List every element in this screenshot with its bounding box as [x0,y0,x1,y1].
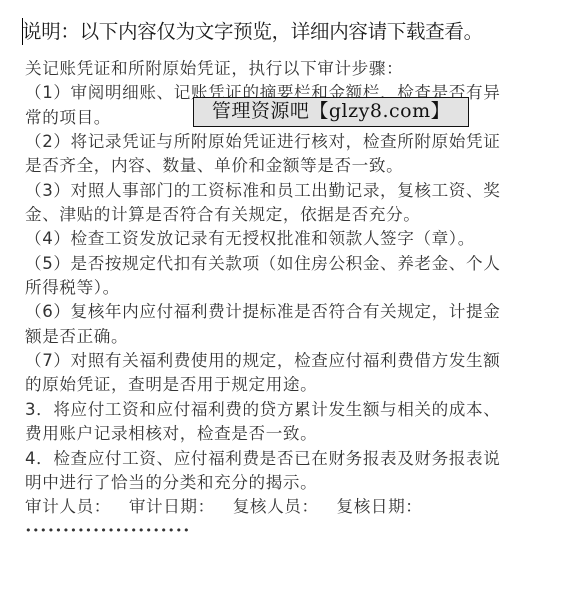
body-line: 4．检查应付工资、应付福利费是否已在财务报表及财务报表说 [25,447,565,471]
body-line: 金、津贴的计算是否符合有关规定，依据是否充分。 [25,203,565,227]
body-line: （6）复核年内应付福利费计提标准是否符合有关规定，计提金 [25,300,565,324]
watermark-banner: 管理资源吧【glzy8.com】 [193,97,469,127]
signoff-line: 审计人员： 审计日期： 复核人员： 复核日期： [25,495,565,519]
body-line: （2）将记录凭证与所附原始凭证进行核对，检查所附原始凭证 [25,130,565,154]
preview-notice: 说明：以下内容仅为文字预览，详细内容请下载查看。 [22,18,483,46]
body-line: 明中进行了恰当的分类和充分的揭示。 [25,471,565,495]
review-date-label: 复核日期： [337,497,423,516]
ellipsis-dots: •••••••••••••••••••••• [25,520,565,542]
body-line: 关记账凭证和所附原始凭证，执行以下审计步骤： [25,57,565,81]
body-line: 是否齐全，内容、数量、单价和金额等是否一致。 [25,154,565,178]
body-line: 所得税等）。 [25,276,565,300]
body-line: 费用账户记录相核对，检查是否一致。 [25,422,565,446]
auditor-label: 审计人员： [25,497,111,516]
body-line: （7）对照有关福利费使用的规定，检查应付福利费借方发生额 [25,349,565,373]
reviewer-label: 复核人员： [233,497,319,516]
audit-date-label: 审计日期： [129,497,215,516]
body-line: 额是否正确。 [25,325,565,349]
body-line: （5）是否按规定代扣有关款项（如住房公积金、养老金、个人 [25,252,565,276]
body-line: （3）对照人事部门的工资标准和员工出勤记录，复核工资、奖 [25,179,565,203]
body-line: 的原始凭证，查明是否用于规定用途。 [25,373,565,397]
document-body: 关记账凭证和所附原始凭证，执行以下审计步骤： （1）审阅明细账、记账凭证的摘要栏… [25,57,565,542]
body-line: 3．将应付工资和应付福利费的贷方累计发生额与相关的成本、 [25,398,565,422]
body-line: （4）检查工资发放记录有无授权批准和领款人签字（章）。 [25,227,565,251]
